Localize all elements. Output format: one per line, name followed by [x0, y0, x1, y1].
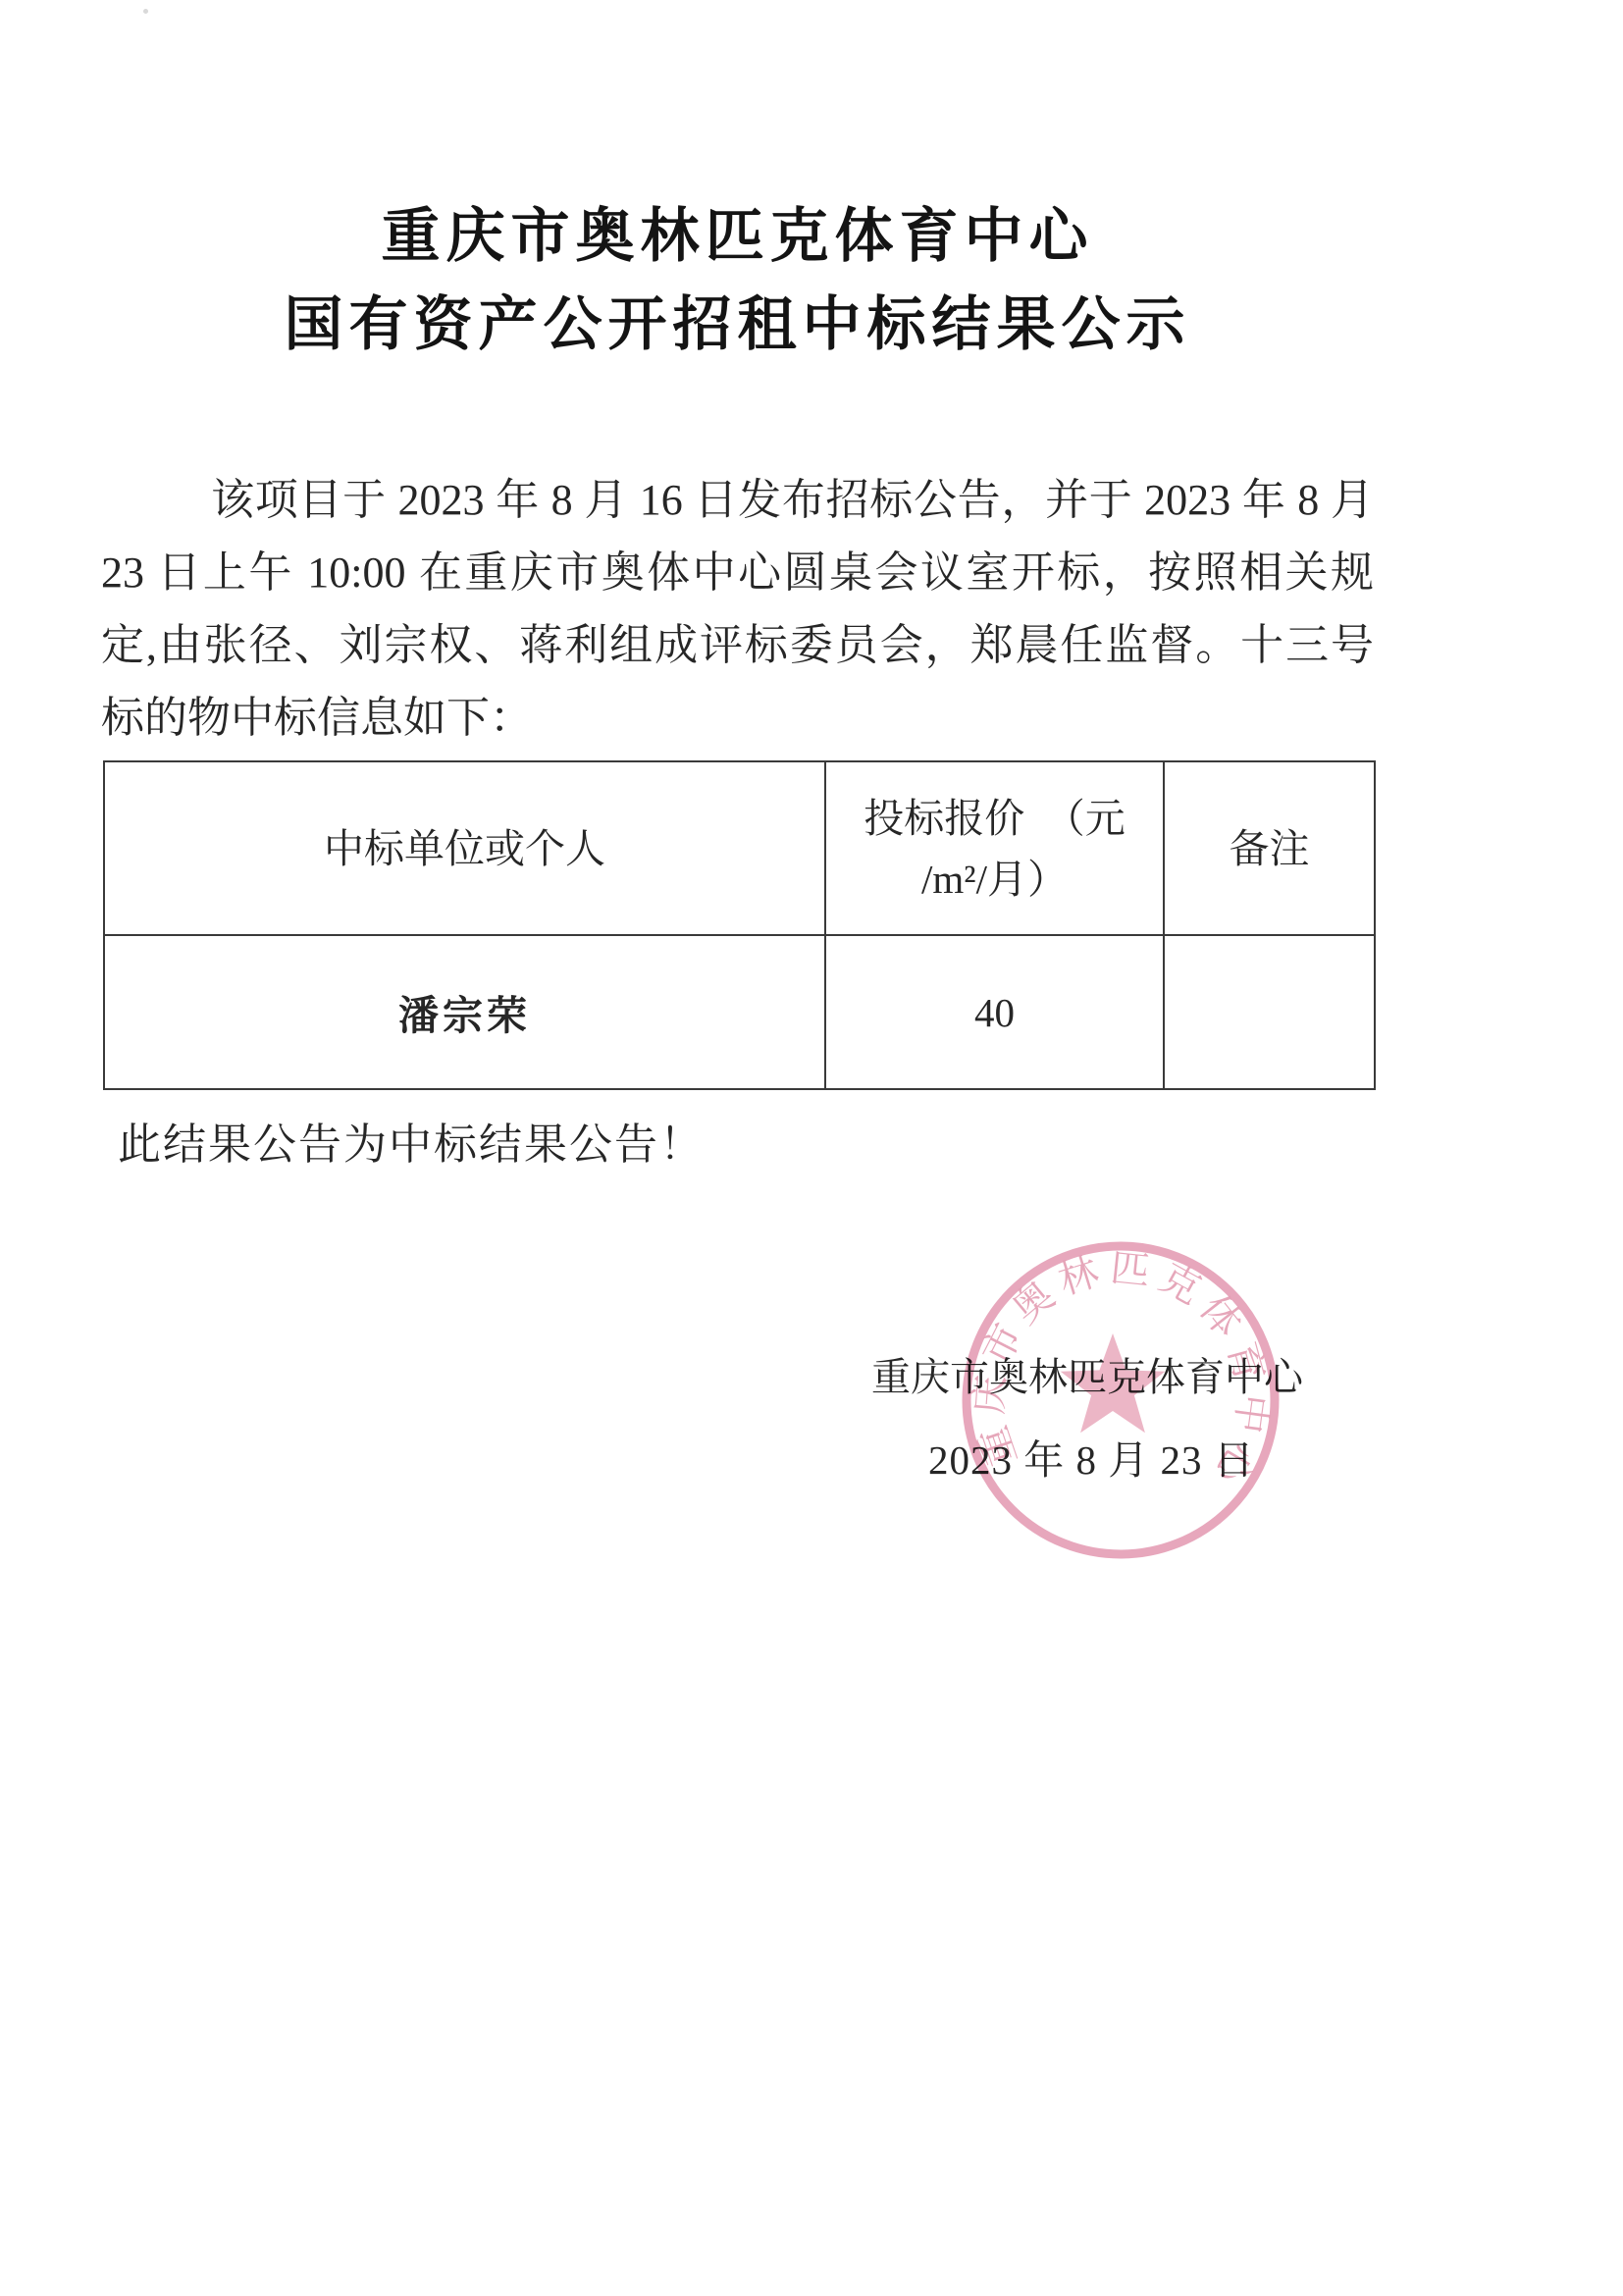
- bid-result-table: 中标单位或个人 投标报价 （元 /m²/月） 备注 潘宗荣 40: [103, 760, 1376, 1090]
- remark-cell: [1164, 935, 1375, 1089]
- closing-statement: 此结果公告为中标结果公告！: [118, 1109, 705, 1172]
- table-header-row: 中标单位或个人 投标报价 （元 /m²/月） 备注: [104, 761, 1375, 935]
- header-winner-column: 中标单位或个人: [104, 761, 825, 935]
- price-cell: 40: [825, 935, 1164, 1089]
- scanned-announcement-page: 重庆市奥林匹克体育中心 国有资产公开招租中标结果公示 该项目于 2023 年 8…: [0, 0, 1623, 2296]
- document-body-paragraph: 该项目于 2023 年 8 月 16 日发布招标公告，并于 2023 年 8 月…: [101, 464, 1374, 755]
- header-price-line1: 投标报价 （元: [864, 796, 1126, 841]
- body-line-1: 该项目于 2023 年 8 月 16 日发布招标公告，并于 2023 年 8 月: [101, 464, 1374, 537]
- header-remark-column: 备注: [1164, 761, 1375, 935]
- body-line-4: 标的物中标信息如下：: [101, 682, 1374, 755]
- body-line-2: 23 日上午 10:00 在重庆市奥体中心圆桌会议室开标，按照相关规: [101, 537, 1374, 609]
- document-title: 重庆市奥林匹克体育中心 国有资产公开招租中标结果公示: [101, 192, 1374, 369]
- signature-date: 2023 年 8 月 23 日: [928, 1428, 1255, 1486]
- scan-artifact-dot: [143, 9, 148, 14]
- body-line-3: 定,由张径、刘宗权、蒋利组成评标委员会，郑晨任监督。十三号: [101, 609, 1374, 682]
- winner-name-cell: 潘宗荣: [104, 935, 825, 1089]
- header-price-line2: /m²/月）: [921, 857, 1068, 902]
- document-title-line1: 重庆市奥林匹克体育中心: [101, 192, 1374, 281]
- document-title-line2: 国有资产公开招租中标结果公示: [101, 281, 1374, 369]
- header-price-column: 投标报价 （元 /m²/月）: [825, 761, 1164, 935]
- table-row: 潘宗荣 40: [104, 935, 1375, 1089]
- signature-organization: 重庆市奥林匹克体育中心: [871, 1346, 1303, 1402]
